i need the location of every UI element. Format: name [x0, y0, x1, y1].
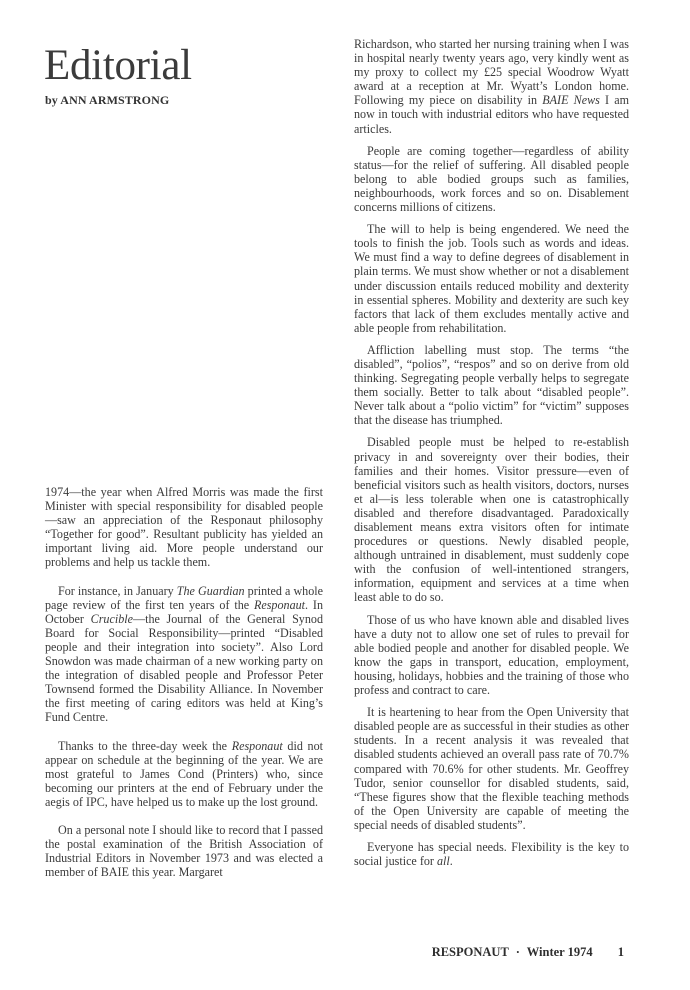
paragraph: Richardson, who started her nursing trai… [354, 37, 629, 136]
magazine-page: Editorial by ANN ARMSTRONG 1974—the year… [0, 0, 690, 990]
text: Those of us who have known able and disa… [354, 613, 629, 697]
paragraph: Those of us who have known able and disa… [354, 613, 629, 698]
publication-name: RESPONAUT [432, 945, 509, 959]
italic-text: Crucible [91, 612, 133, 626]
italic-text: Responaut [232, 739, 283, 753]
text: . [450, 854, 453, 868]
italic-text: all [437, 854, 450, 868]
issue-label: Winter 1974 [527, 945, 593, 959]
text: For instance, in January [58, 584, 177, 598]
paragraph: Everyone has special needs. Flexibility … [354, 840, 629, 868]
paragraph: The will to help is being engendered. We… [354, 222, 629, 335]
text: On a personal note I should like to reco… [45, 823, 323, 879]
paragraph: People are coming together—regardless of… [354, 144, 629, 214]
italic-text: The Guardian [177, 584, 245, 598]
text: Thanks to the three-day week the [58, 739, 232, 753]
page-number: 1 [618, 945, 624, 959]
text: Affliction labelling must stop. The term… [354, 343, 629, 427]
paragraph: On a personal note I should like to reco… [45, 823, 323, 879]
page-title: Editorial [44, 44, 192, 88]
paragraph: Thanks to the three-day week the Respona… [45, 739, 323, 809]
text: 1974—the year when Alfred Morris was mad… [45, 485, 323, 569]
paragraph: It is heartening to hear from the Open U… [354, 705, 629, 832]
byline: by ANN ARMSTRONG [45, 93, 169, 108]
text: Disabled people must be helped to re-est… [354, 435, 629, 604]
right-column: Richardson, who started her nursing trai… [354, 37, 629, 876]
text: The will to help is being engendered. We… [354, 222, 629, 335]
paragraph: Affliction labelling must stop. The term… [354, 343, 629, 428]
paragraph: 1974—the year when Alfred Morris was mad… [45, 485, 323, 570]
left-column: 1974—the year when Alfred Morris was mad… [45, 485, 323, 893]
italic-text: BAIE News [542, 93, 600, 107]
text: People are coming together—regardless of… [354, 144, 629, 214]
italic-text: Responaut [254, 598, 305, 612]
page-footer: RESPONAUT · Winter 1974 1 [432, 945, 624, 960]
text: —the Journal of the General Synod Board … [45, 612, 323, 725]
text: It is heartening to hear from the Open U… [354, 705, 629, 832]
footer-separator: · [516, 945, 520, 959]
text: Everyone has special needs. Flexibility … [354, 840, 629, 868]
paragraph: Disabled people must be helped to re-est… [354, 435, 629, 604]
paragraph: For instance, in January The Guardian pr… [45, 584, 323, 725]
